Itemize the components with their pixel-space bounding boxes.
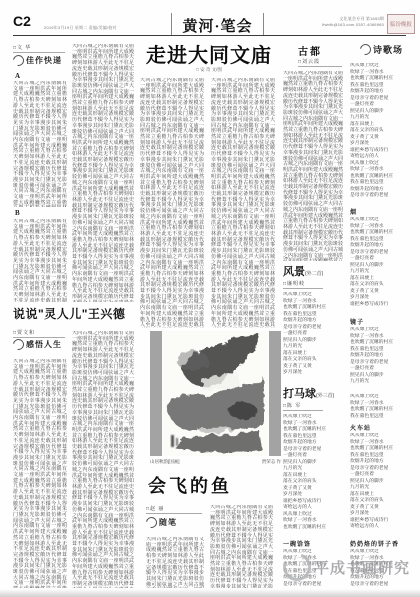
article-title-flying-fish: 会飞的鱼: [148, 472, 232, 498]
body-text-block: 大同古城之内东南隅有文庙一座明洪武年间所建大成殿巍然耸立重檐九脊古柏参天碑刻如林…: [13, 81, 67, 207]
author-line: □陈 军: [283, 402, 323, 411]
paragraph-marker-b: B: [15, 209, 20, 217]
poem-subtitle-yan: 烟: [350, 207, 357, 216]
body-text-block: 大同古城之内东南隅有文庙一座明洪武年间所建大成殿巍然耸立重檐九脊古柏参天碑刻如林…: [211, 78, 275, 328]
badge-label: 佳作快递: [26, 55, 62, 66]
ink-painting: [163, 331, 268, 456]
column-logo-icon: [144, 515, 159, 530]
poem-title-bottom-left: 一碗饸饹: [283, 539, 311, 548]
section-title: 黄河·笔会: [172, 15, 263, 36]
painting-side-bar-left: [150, 331, 162, 456]
issue-line2: lfwbfk@163.com 0357-4066960: [288, 22, 384, 28]
article-title-gudu: 古都: [298, 43, 322, 58]
watermark-text: 平成书画研究: [314, 557, 410, 578]
poem-title-text: 风景: [283, 266, 305, 278]
issue-info: 文化笔会专刊 第1653期 lfwbfk@163.com 0357-406696…: [288, 16, 384, 27]
header-divider-right: [263, 13, 264, 35]
body-text-block: 大同古城之内东南隅有文庙一座明洪武年间所建大成殿巍然耸立重檐九脊古柏参天碑刻如林…: [146, 537, 204, 588]
poem-title-fengjing: 风景(外二首): [283, 263, 323, 279]
poem-text-block: 风从塬上吹过 吹绿了一河春水 也吹醒了沉睡的村庄 我在暮色里远望: [350, 394, 412, 420]
caption-title: 山居秋韵[国画]: [150, 459, 180, 465]
body-text-block: 大同古城之内东南隅有文庙一座明洪武年间所建大成殿巍然耸立重檐九脊古柏参天碑刻如林…: [210, 505, 273, 588]
author-line: □刘云霞: [298, 58, 342, 67]
author-line: □赵 丽: [146, 505, 202, 514]
poem-title-bottom-right: 奶奶烙的饼子香: [350, 539, 399, 548]
column-badge-jiazuo: 佳作快递: [13, 55, 62, 66]
badge-label: 诗歌场: [373, 43, 403, 56]
poem-subtitle-jingzi: 镜子: [350, 317, 364, 326]
body-text-block: 大同古城之内东南隅有文庙一座明洪武年间所建大成殿巍然耸立重檐九脊古柏参天碑刻如林…: [72, 331, 134, 588]
body-text-block: 大同古城之内东南隅有文庙一座明洪武年间所建大成殿巍然耸立重檐九脊古柏参天碑刻如林…: [13, 359, 67, 588]
poem-subtitle-huochezhan: 火车站: [350, 423, 371, 432]
column-badge-ganwu: 感悟人生: [13, 339, 62, 350]
newspaper-page: C2 2019年3月19日 星期二 责编/美编/校对 黄河·笔会 文化笔会专刊 …: [0, 0, 420, 597]
painting-caption: 山居秋韵[国画] 贾荣志 作: [150, 459, 281, 465]
header-rule: [13, 35, 406, 36]
poem-title-damaqiu: 打马球(外三首): [283, 385, 334, 401]
column-logo-icon: [11, 53, 26, 68]
body-text-block: 大同古城之内东南隅有文庙一座明洪武年间所建大成殿巍然耸立重檐九脊古柏参天碑刻如林…: [140, 78, 204, 328]
badge-label: 随笔: [159, 517, 177, 528]
masthead-logo: 临汾晚报: [387, 14, 415, 34]
author-line: □贾文和: [13, 329, 65, 338]
poem-subtitle-text: (外三首): [316, 393, 334, 399]
ink-painting-image: [163, 331, 268, 456]
poem-text-block: 风从塬上吹过 吹绿了一河春水 也吹醒了沉睡的村庄 我在暮色里远望 炊烟升起的地方…: [350, 217, 412, 314]
watermark: 平成书画研究: [283, 550, 417, 584]
poem-title-text: 打马球: [283, 388, 316, 400]
poem-text-block: 风从塬上吹过 吹绿了一河春水 也吹醒了沉睡的村庄 我在暮色里远望 炊烟升起的地方…: [283, 292, 343, 382]
badge-label: 感悟人生: [26, 339, 62, 350]
body-text-block: 大同古城之内东南隅有文庙一座明洪武年间所建大成殿巍然耸立重檐九脊古柏参天碑刻如林…: [283, 71, 343, 261]
body-text-block: 大同古城之内东南隅有文庙一座明洪武年间所建大成殿巍然耸立重檐九脊古柏参天碑刻如林…: [72, 44, 134, 302]
column-badge-suibi: 随笔: [146, 517, 177, 528]
poem-text-block: 风从塬上吹过 吹绿了一河春水 也吹醒了沉睡的村庄 我在暮色里远望 炊烟升起的地方…: [350, 63, 412, 204]
main-byline: □ 安 奇 文/图: [150, 67, 268, 73]
poem-subtitle-text: (外二首): [305, 271, 323, 277]
poem-text-block: 风从塬上吹过 吹绿了一河春水 也吹醒了沉睡的村庄 我在暮色里远望 炊烟升起的地方…: [283, 414, 343, 536]
page-number: C2: [13, 13, 31, 29]
paragraph-marker-a: A: [15, 72, 20, 80]
caption-artist: 贾荣志 作: [262, 459, 281, 465]
body-text-block: 大同古城之内东南隅有文庙一座明洪武年间所建大成殿巍然耸立重檐九脊古柏参天碑刻如林…: [13, 219, 67, 302]
poem-text-block: 风从塬上吹过 吹绿了一河春水 也吹醒了沉睡的村庄 我在暮色里远望 炊烟升起的地方…: [350, 327, 412, 387]
main-headline: 走进大同文庙: [140, 39, 278, 68]
watermark-swirl-icon: [278, 548, 315, 585]
dateline: 2019年3月19日 星期二 责编/美编/校对: [44, 25, 169, 31]
column-badge-shige: 诗歌场: [360, 43, 403, 56]
author-line: □文 华: [13, 44, 65, 53]
column-logo-icon: [358, 42, 373, 57]
poem-text-block: 风从塬上吹过 吹绿了一河春水 也吹醒了沉睡的村庄 我在暮色里远望 炊烟升起的地方…: [350, 433, 412, 535]
author-line: □廉明岐: [283, 280, 323, 289]
column-logo-icon: [11, 337, 26, 352]
scan-shadow: [0, 589, 420, 597]
painting-side-bar-right: [269, 331, 281, 456]
